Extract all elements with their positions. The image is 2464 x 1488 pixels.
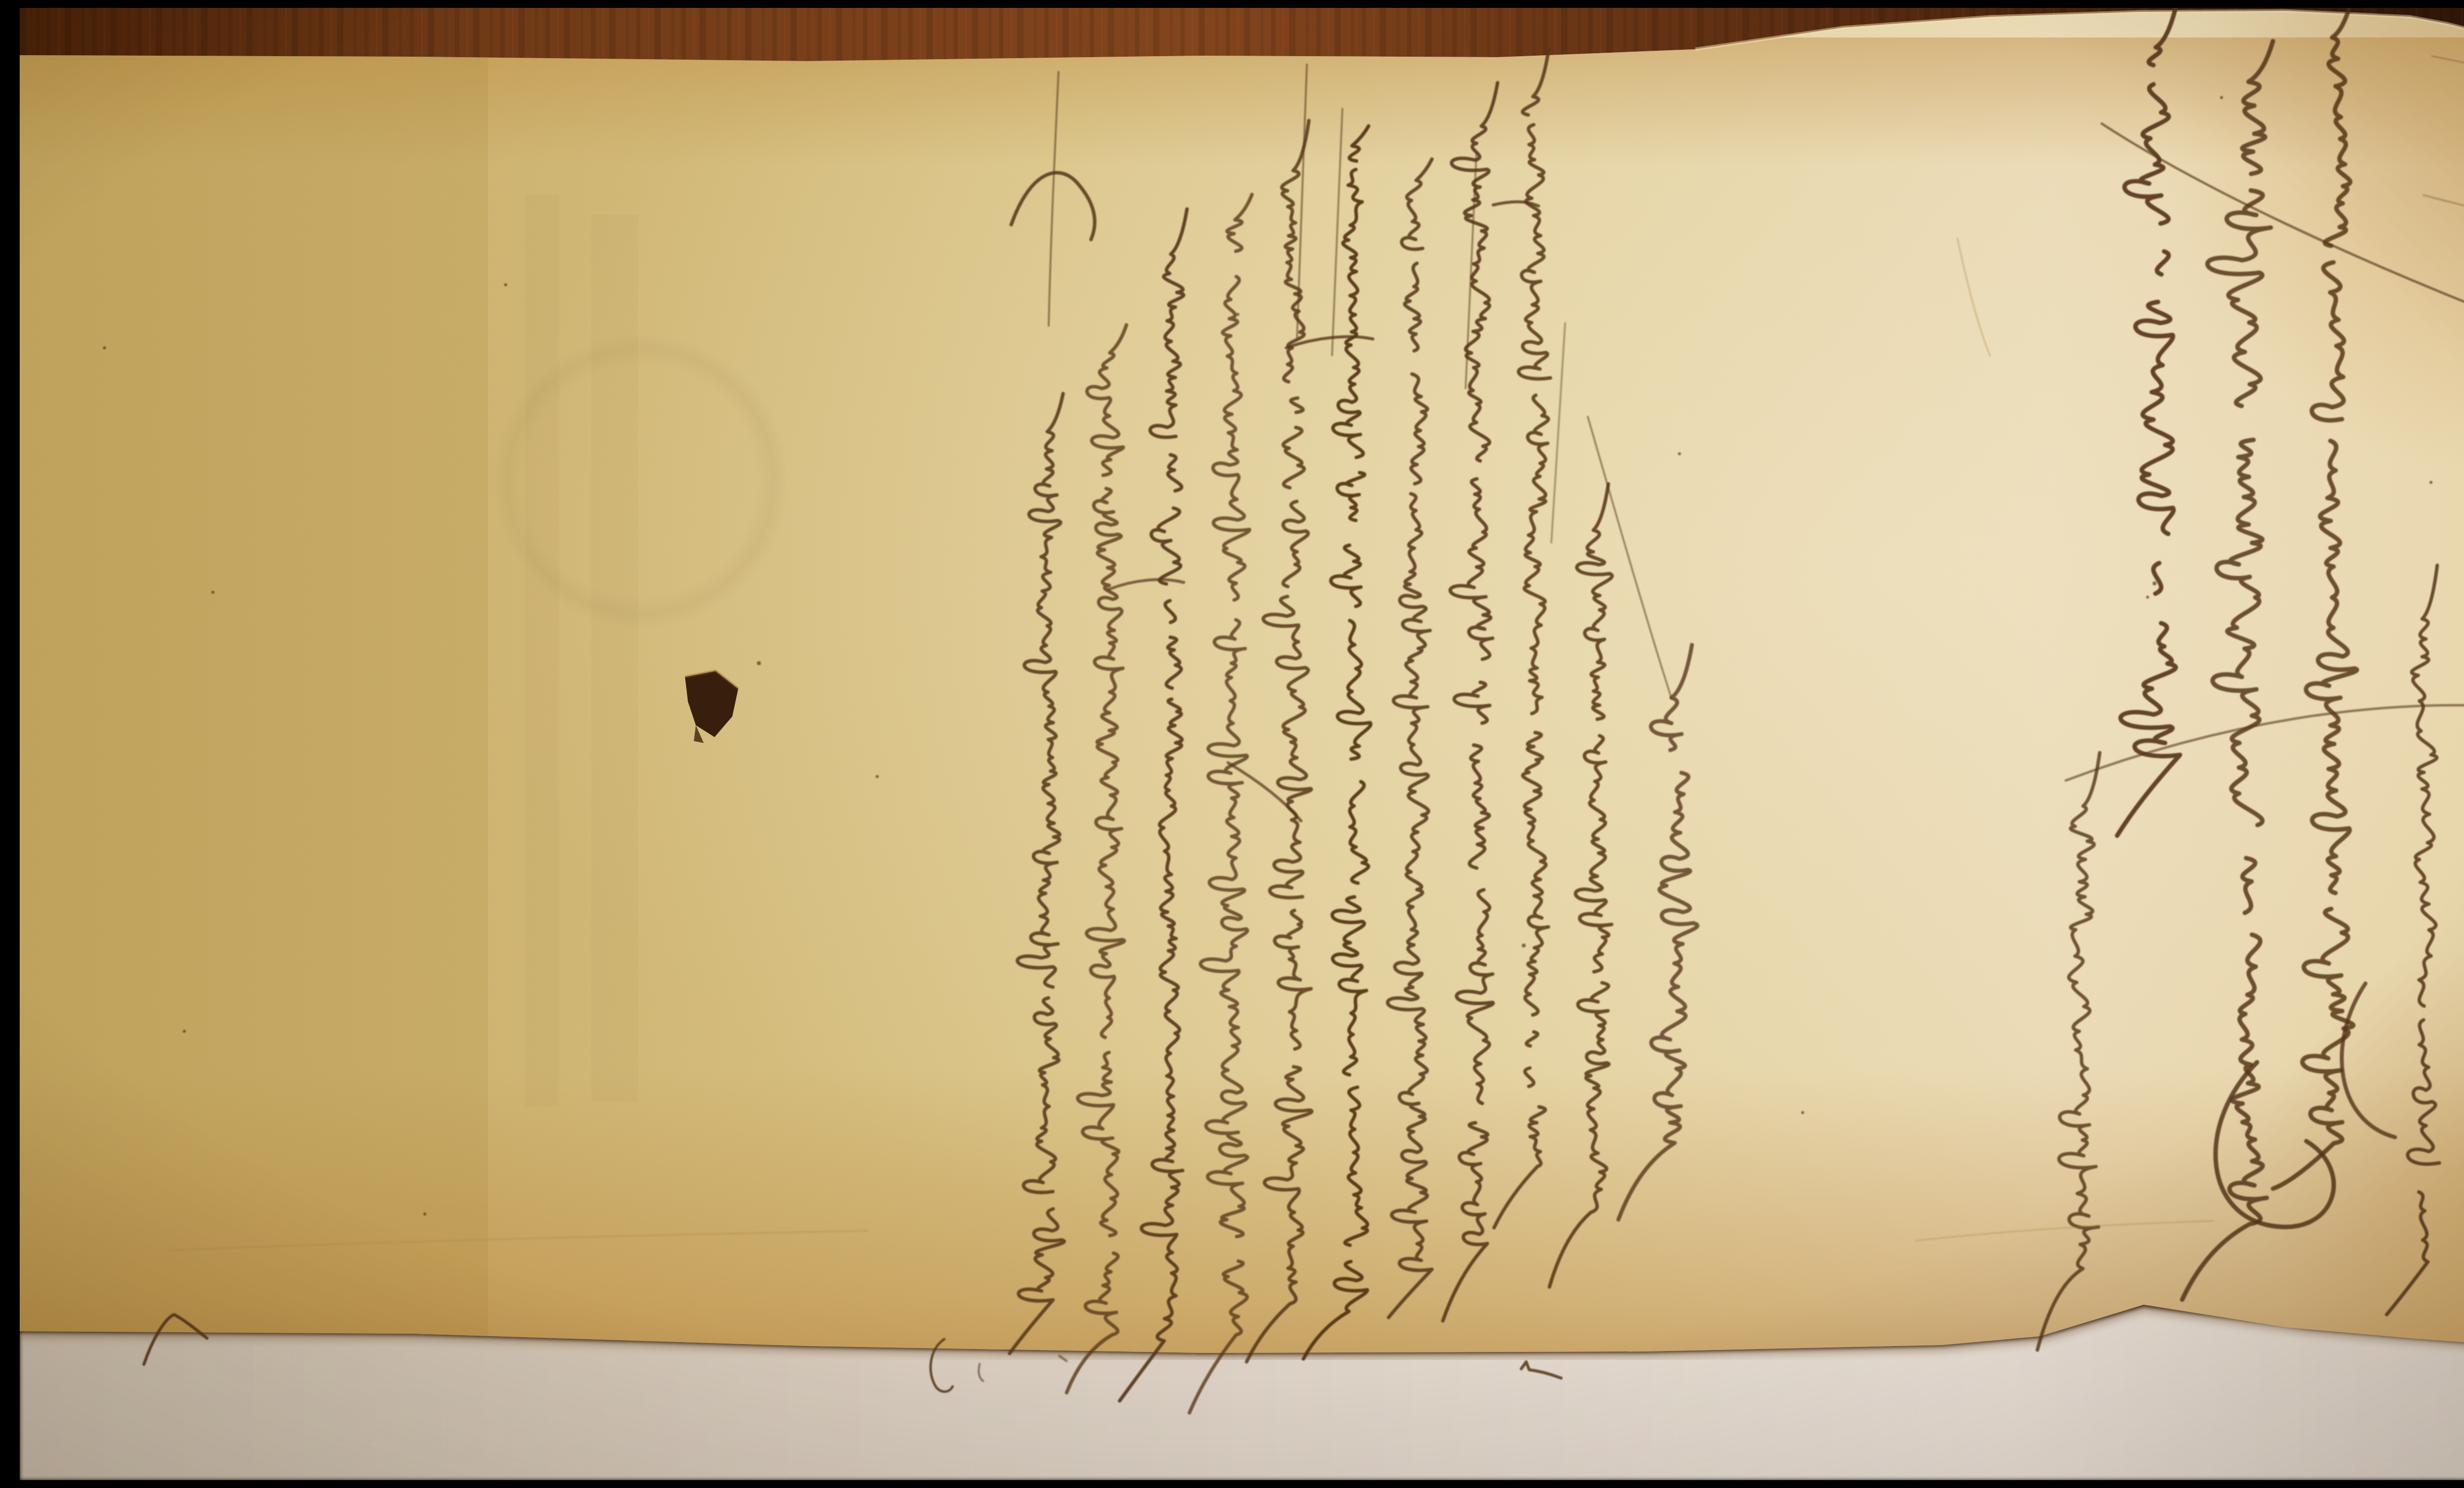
manuscript-photo: Aged manuscript page with brown cursive … — [20, 8, 2464, 1480]
manuscript-photo-canvas — [20, 8, 2464, 1480]
photo-vignette — [20, 8, 2464, 1480]
